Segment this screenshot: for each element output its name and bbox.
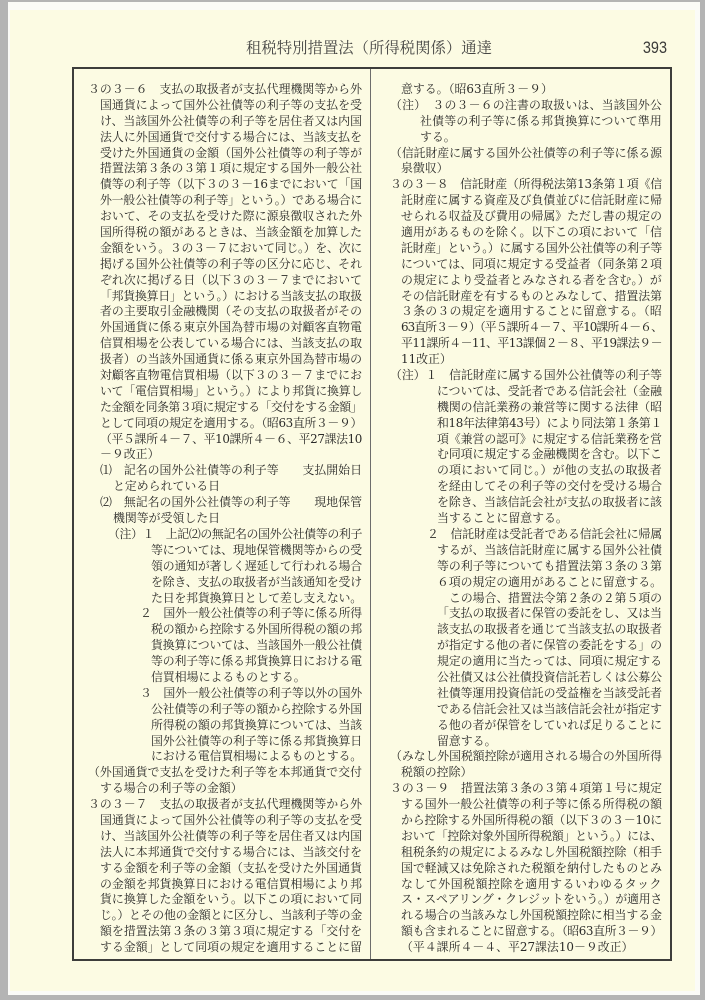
- body-text-line: その信託財産を有するものとみなして、措置法第: [401, 289, 662, 305]
- note-text-line: については、受託者である信託会社（金融: [437, 384, 662, 400]
- citation-line: として同項の規定を適用する。（昭63直所３－９）: [100, 416, 362, 432]
- note-text-line: 機関の信託業務の兼営等に関する法律（昭: [437, 400, 662, 416]
- note-text-line: 和18年法律第43号）により同法第１条第１: [437, 416, 662, 432]
- list-item-line: ⑵ 無記名の国外公社債等の利子等 現地保管: [100, 495, 362, 511]
- caption-line: （みなし外国税額控除が適用される場合の外国所得: [390, 749, 662, 765]
- note-text-line: する。: [420, 130, 662, 146]
- body-text-line: 租税条約の規定によるみなし外国税額控除（相手: [401, 845, 662, 861]
- body-text-line: 「邦貨換算日」という。）における当該支払の取扱: [100, 289, 362, 305]
- note-heading-line: （注）１ 信託財産に属する国外公社債等の利子等: [390, 368, 662, 384]
- body-text-line: 金額をいう。３の３－７において同じ。）を、次に: [100, 241, 362, 257]
- note-text-line: を除き、当該信託会社が支払の取扱者に該: [437, 495, 662, 511]
- note-text-line: 貨換算については、当該国外一般公社債: [151, 638, 362, 654]
- caption-line: （外国通貨で支払を受けた利子等を本邦通貨で交付: [88, 765, 362, 781]
- left-column: ３の３－６ 支払の取扱者が支払代理機関等から外 国通貨によって国外公社債等の利子…: [88, 82, 362, 956]
- body-text-line: 債等の利子等（以下３の３－16までにおいて「国: [100, 177, 362, 193]
- body-text-line: れる場合の当該みなし外国税額控除に相当する金: [401, 908, 662, 924]
- note-text-line: 領の通知が著しく遅延して行われる場合: [151, 559, 362, 575]
- note-text-line: 項《兼営の認可》に規定する信託業務を営: [437, 432, 662, 448]
- note-text-line: 留意する。: [437, 734, 662, 750]
- note-text-line: 等については、現地保管機関等からの受: [151, 543, 362, 559]
- citation-line: 11改正）: [401, 352, 662, 368]
- body-text-line: ス・スペアリング・クレジットをいう。）が適用さ: [401, 892, 662, 908]
- body-text-line: 掲げる国外公社債等の利子等の区分に応じ、それ: [100, 257, 362, 273]
- body-text-line: 貨に換算した金額をいう。以下この項において同: [100, 892, 362, 908]
- note-text-line: するが、当該信託財産に属する国外公社債: [437, 543, 662, 559]
- note-text-line: である信託会社又は当該信託会社が指定す: [437, 702, 662, 718]
- caption-line: する場合の利子等の金額）: [100, 781, 362, 797]
- note-text-line: む同項に規定する金融機関を含む。以下こ: [437, 447, 662, 463]
- citation-line: 平11課所４－11、平13課個２－８、平19課法９－: [401, 336, 662, 352]
- body-text-line: け、当該国外公社債等の利子等を居住者又は内国: [100, 114, 362, 130]
- note-text-line: が指定する他の者に保管の委託をする」の: [437, 638, 662, 654]
- body-text-line: 法人に外国通貨で交付する場合には、当該支払を: [100, 130, 362, 146]
- list-item-line: 機関等が受領した日: [113, 511, 362, 527]
- body-text-line: から控除する外国所得税の額（以下３の３－10に: [401, 813, 662, 829]
- citation-line: （平４課所４－４、平27課法10－９改正）: [401, 940, 662, 956]
- note-text-line: 該支払の取扱者を通じて当該支払の取扱者: [437, 622, 662, 638]
- body-text-line: 措置法第３条の３第１項に規定する国外一般公社: [100, 161, 362, 177]
- citation-line: （平５課所４－７、平10課所４－６、平27課法10: [100, 432, 362, 448]
- body-text-line: の金額を邦貨換算日における電信買相場により邦: [100, 877, 362, 893]
- caption-line: 泉徴収）: [401, 161, 662, 177]
- body-text-line: ぞれ次に掲げる日（以下３の３－７までにおいて: [100, 273, 362, 289]
- article-heading-line: ３の３－７ 支払の取扱者が支払代理機関等から外: [88, 797, 362, 813]
- body-text-line: じ。）とその他の金額とに区分し、当該利子等の金: [100, 908, 362, 924]
- note-text-line: 「支払の取扱者に保管の委託をし、又は当: [437, 606, 662, 622]
- note-text-line: 公社債等の利子等の額から控除する外国: [151, 702, 362, 718]
- citation-line: －９改正）: [100, 447, 362, 463]
- note-text-line: た日を邦貨換算日として差し支えない。: [151, 591, 362, 607]
- body-text-line: ３条の３の規定を適用することに留意する。（昭: [401, 304, 662, 320]
- note-text-line: 社債等運用投資信託の受益権を当該受託者: [437, 686, 662, 702]
- column-divider: [370, 69, 371, 959]
- note-text-line: 等の利子等に係る邦貨換算日における電: [151, 654, 362, 670]
- note-text-line: 等の利子等についても措置法第３条の３第: [437, 559, 662, 575]
- note-text-line: を経由してその利子等の交付を受ける場合: [437, 479, 662, 495]
- body-text-line: 国通貨によって国外公社債等の利子等の支払を受: [100, 98, 362, 114]
- note-text-line: の項において同じ。）が他の支払の取扱者: [437, 463, 662, 479]
- body-text-line: 託財産に属する資産及び負債並びに信託財産に帰: [401, 193, 662, 209]
- article-heading-line: ３の３－６ 支払の取扱者が支払代理機関等から外: [88, 82, 362, 98]
- body-text-line: 扱者）の当該外国通貨に係る東京外国為替市場の: [100, 352, 362, 368]
- note-text-line: を除き、支払の取扱者が当該通知を受け: [151, 575, 362, 591]
- body-text-line: け、当該国外公社債等の利子等を居住者又は内国: [100, 829, 362, 845]
- body-text-line: する金額を利子等の金額（支払を受けた外国通貨: [100, 861, 362, 877]
- note-item-line: ３ 国外一般公社債等の利子等以外の国外: [140, 686, 362, 702]
- list-item-line: ⑴ 記名の国外公社債等の利子等 支払開始日: [100, 463, 362, 479]
- note-item-line: ２ 信託財産は受託者である信託会社に帰属: [427, 527, 662, 543]
- body-text-line: 法人に本邦通貨で交付する場合には、当該交付を: [100, 845, 362, 861]
- note-text-line: 信買相場によるものとする。: [151, 670, 362, 686]
- body-text-line: の規定により受益者とみなされる者を含む。）が: [401, 273, 662, 289]
- note-paragraph-line: この場合、措置法令第２条の２第５項の: [449, 591, 662, 607]
- note-text-line: ６項の規定の適用があることに留意する。: [437, 575, 662, 591]
- list-item-line: と定められている日: [113, 479, 362, 495]
- note-text-line: 当することに留意する。: [437, 511, 662, 527]
- body-text-line: 外国通貨に係る東京外国為替市場の対顧客直物電: [100, 320, 362, 336]
- note-text-line: における電信買相場によるものとする。: [151, 749, 362, 765]
- body-text-line: する金額」として同項の規定を適用することに留: [100, 940, 362, 956]
- body-text-line: する国外一般公社債等の利子等に係る所得税の額: [401, 797, 662, 813]
- citation-line: 63直所３－９）（平５課所４－７、平10課所４－６、: [401, 320, 662, 336]
- running-header: 租税特別措置法（所得税関係）通達: [246, 38, 492, 58]
- caption-line: （信託財産に属する国外公社債等の利子等に係る源: [390, 146, 662, 162]
- body-text-line: 適用があるものを除く。以下この項において「信: [401, 225, 662, 241]
- note-text-line: 税の額から控除する外国所得税の額の邦: [151, 622, 362, 638]
- note-text-line: 国外公社債等の利子等に係る邦貨換算日: [151, 734, 362, 750]
- note-text-line: 所得税の額の邦貨換算については、当該: [151, 718, 362, 734]
- note-text-line: 規定の適用に当たっては、同項に規定する: [437, 654, 662, 670]
- body-text-line: 者の主要取引金融機関（その支払の取扱者がその: [100, 304, 362, 320]
- body-text-line: 受けた外国通貨の金額（国外公社債等の利子等が: [100, 146, 362, 162]
- body-text-line: 信買相場を公表している場合には、当該支払の取: [100, 336, 362, 352]
- body-text-line: 国で軽減又は免除された税額を納付したものとみ: [401, 861, 662, 877]
- body-text-line: 額を措置法第３条の３第３項に規定する「交付を: [100, 924, 362, 940]
- note-text-line: る他の者が保管をしていれば足りることに: [437, 718, 662, 734]
- note-text-line: 社債等の利子等に係る邦貨換算について準用: [420, 114, 662, 130]
- body-text-line: せられる収益及び費用の帰属》ただし書の規定の: [401, 209, 662, 225]
- note-text-line: 公社債又は公社債投資信託若しくは公募公: [437, 670, 662, 686]
- caption-line: 税額の控除）: [401, 765, 662, 781]
- body-text-line: た金額を同条第３項に規定する「交付をする金額」: [100, 400, 362, 416]
- body-text-line: なして外国税額控除を適用するいわゆるタック: [401, 877, 662, 893]
- body-text-line: については、同項に規定する受益者（同条第２項: [401, 257, 662, 273]
- body-text-line: いて「電信買相場」という。）により邦貨に換算し: [100, 384, 362, 400]
- body-text-line: 託財産」という。）に属する国外公社債等の利子等: [401, 241, 662, 257]
- body-text-line: おいて「控除対象外国所得税額」という。）には、: [401, 829, 662, 845]
- body-text-line: おいて、その支払を受けた際に源泉徴収された外: [100, 209, 362, 225]
- right-column: 意する。（昭63直所３－９） （注） ３の３－６の注書の取扱いは、当該国外公 社…: [390, 82, 662, 956]
- body-text-line: 意する。（昭63直所３－９）: [401, 82, 662, 98]
- body-text-line: 外一般公社債等の利子等」という。）である場合に: [100, 193, 362, 209]
- note-item-line: ２ 国外一般公社債等の利子等に係る所得: [140, 606, 362, 622]
- body-text-line: 対顧客直物電信買相場（以下３の３－７までにお: [100, 368, 362, 384]
- note-heading-line: （注） ３の３－６の注書の取扱いは、当該国外公: [390, 98, 662, 114]
- article-heading-line: ３の３－８ 信託財産（所得税法第13条第１項《信: [390, 177, 662, 193]
- note-heading-line: （注）１ 上記⑵の無記名の国外公社債等の利子: [108, 527, 362, 543]
- body-text-line: 国所得税の額があるときは、当該金額を加算した: [100, 225, 362, 241]
- body-text-line: 国通貨によって国外公社債等の利子等の支払を受: [100, 813, 362, 829]
- page-number: 393: [625, 38, 668, 58]
- article-heading-line: ３の３－９ 措置法第３条の３第４項第１号に規定: [390, 781, 662, 797]
- citation-line: 額も含まれることに留意する。（昭63直所３－９）: [401, 924, 662, 940]
